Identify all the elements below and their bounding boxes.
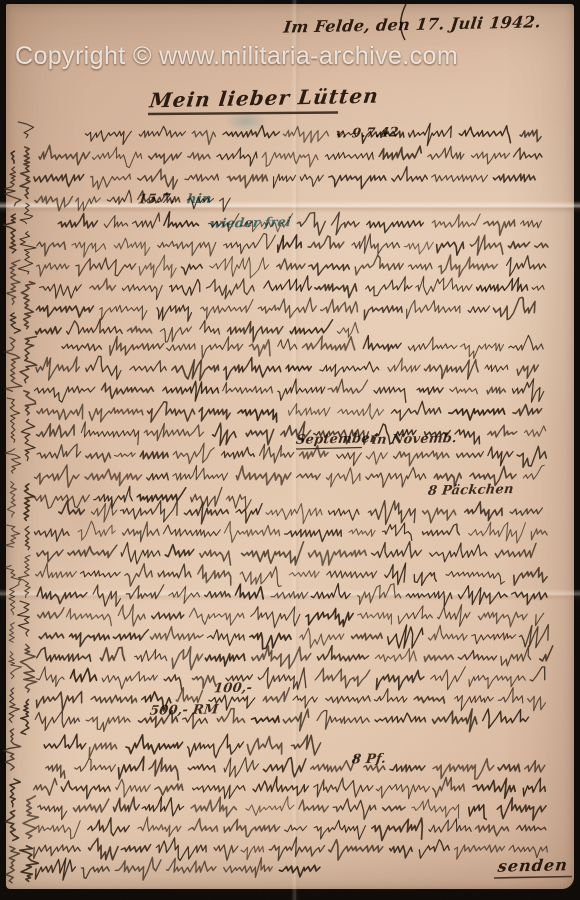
- closing-word-handwriting: senden: [497, 855, 569, 875]
- watermark-text: Copyright © www.militaria-archive.com: [15, 42, 458, 71]
- legible-fragment: 500,- RM: [149, 702, 219, 718]
- salutation-handwriting: Mein lieber Lütten: [148, 84, 380, 113]
- ink-underline: [148, 113, 338, 115]
- legible-fragment: 8 Pf.: [351, 752, 387, 768]
- legible-fragment: 15.7.: [137, 192, 176, 208]
- legible-fragment: September: [295, 431, 378, 448]
- legible-fragment: in Novemb.: [371, 431, 458, 448]
- legible-fragment: v. 9.7.42: [335, 125, 399, 141]
- scanned-letter-photo: Copyright © www.militaria-archive.com Im…: [0, 0, 580, 900]
- handwriting-layer: [0, 0, 580, 900]
- legible-fragment: wieder frei: [209, 215, 292, 232]
- legible-fragment: hin: [186, 192, 212, 208]
- legible-fragment: 100,-: [213, 681, 253, 697]
- legible-fragment: 8 Päckchen: [427, 482, 514, 499]
